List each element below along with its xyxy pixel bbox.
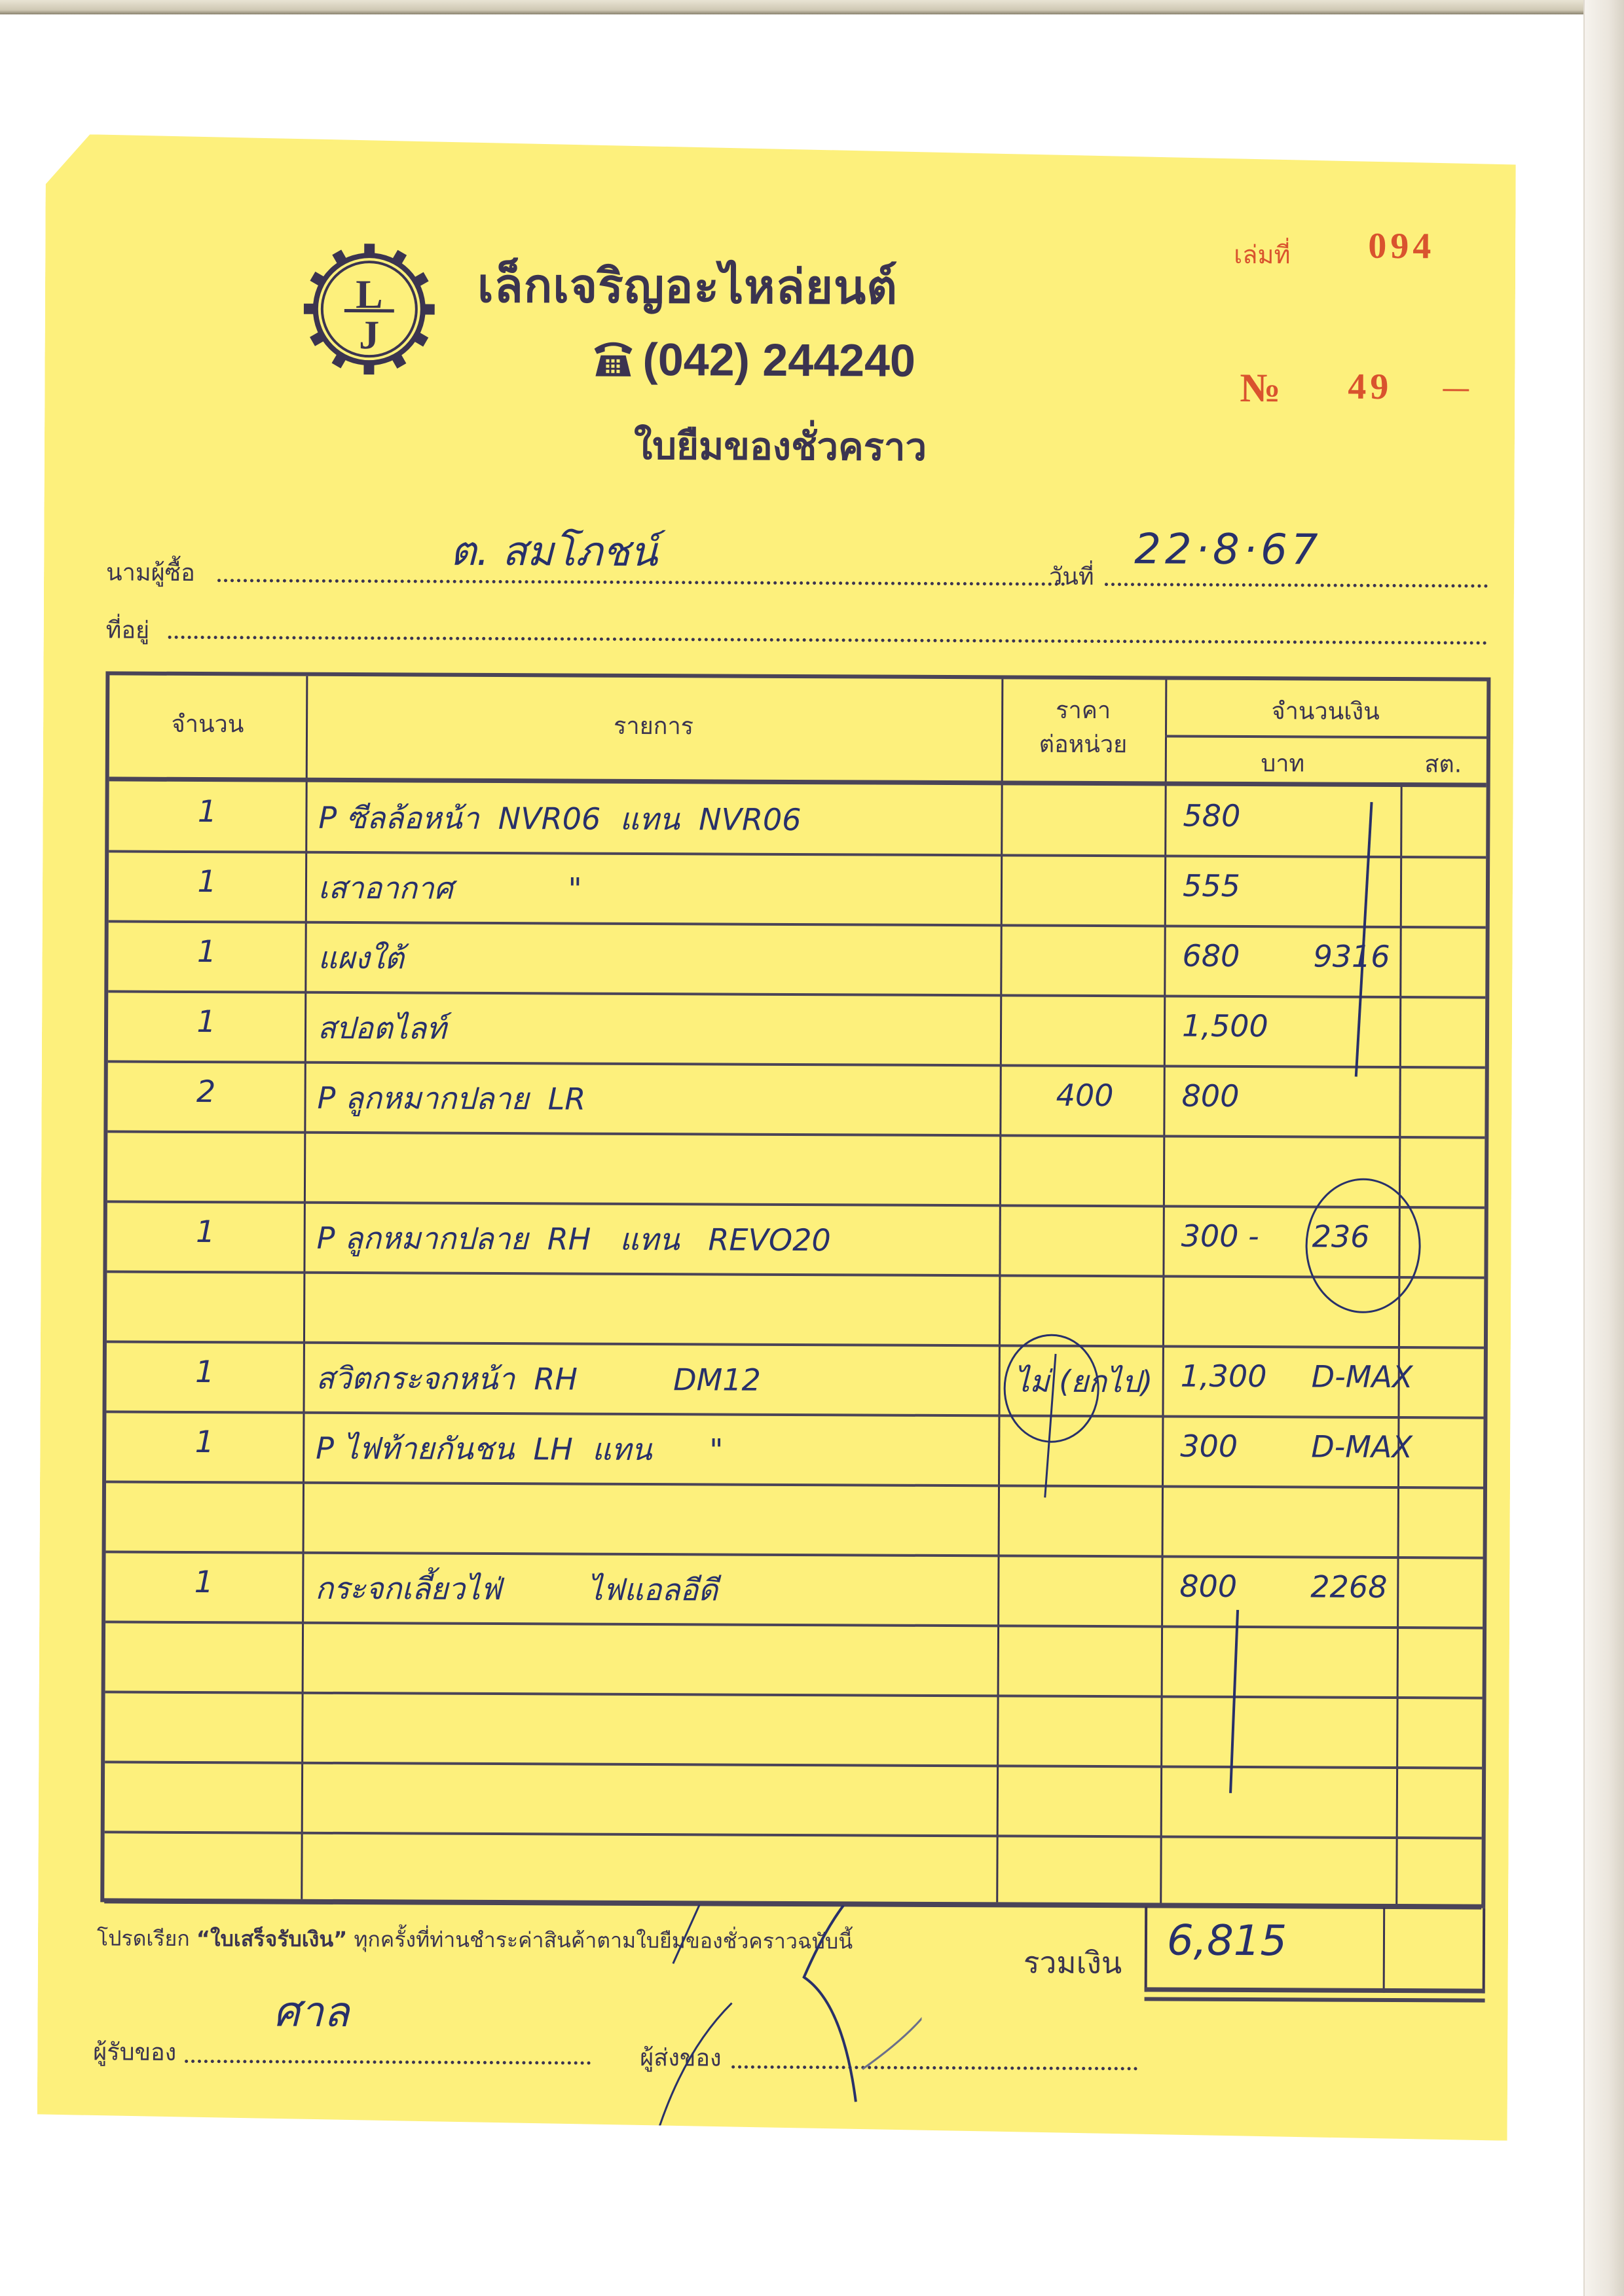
total-underline (1145, 1987, 1485, 1993)
row-qty: 1 (121, 1004, 291, 1040)
row-baht: 580 (1183, 798, 1314, 834)
header-amount: จำนวนเงิน (1165, 691, 1486, 730)
date-value: 22·8·67 (1134, 525, 1322, 574)
row-unit-price (1004, 1567, 1161, 1568)
date-label: วันที่ (1049, 558, 1094, 595)
row-unit-price (1004, 1637, 1161, 1638)
buyer-value: ต. สมโภชน์ (450, 519, 657, 584)
row-qty: 1 (121, 934, 291, 970)
row-divider (105, 1760, 1482, 1769)
row-baht (1180, 1499, 1311, 1499)
row-baht (1179, 1639, 1310, 1639)
row-item: เสาอากาศ " (318, 864, 999, 915)
telephone-icon (591, 337, 635, 378)
row-baht: 800 (1179, 1569, 1310, 1605)
row-qty (118, 1844, 288, 1845)
row-qty: 2 (121, 1074, 291, 1110)
total-label: รวมเงิน (1024, 1939, 1122, 1988)
shop-name: เล็กเจริญอะไหล่ยนต์ (477, 247, 898, 325)
receiver-line[interactable] (185, 2060, 591, 2065)
svg-text:J: J (359, 313, 379, 357)
row-unit-price (1004, 1707, 1161, 1708)
row-unit-price (1003, 1777, 1160, 1778)
header-unit-price: ราคา ต่อหน่วย (1001, 693, 1165, 762)
row-qty (118, 1774, 288, 1775)
row-note: D-MAX (1312, 1358, 1488, 1394)
row-divider (108, 990, 1485, 998)
receipt-page: L J เล็กเจริญอะไหล่ยนต์ (042) 244240 ใบย… (37, 134, 1516, 2141)
receiver-label: ผู้รับของ (93, 2033, 176, 2071)
row-item (314, 1775, 995, 1778)
address-label: ที่อยู่ (106, 611, 150, 648)
row-divider (109, 920, 1486, 928)
number-sign: № (1240, 365, 1281, 412)
row-unit-price (1007, 867, 1164, 867)
row-baht: 1,300 (1181, 1358, 1312, 1394)
book-number: 094 (1368, 225, 1435, 267)
row-qty: 1 (120, 1354, 290, 1390)
row-unit-price (1005, 1497, 1162, 1498)
shop-phone: (042) 244240 (591, 333, 915, 387)
scanner-edge-top (0, 0, 1624, 14)
note-bold: “ใบเสร็จรับเงิน” (196, 1926, 348, 1952)
row-qty: 1 (119, 1564, 289, 1600)
receiver-value: ศาล (273, 1978, 349, 2046)
document-title: ใบยืมของชั่วคราว (634, 415, 927, 477)
row-baht (1179, 1709, 1310, 1709)
row-qty: 1 (122, 793, 292, 829)
row-qty (119, 1634, 289, 1635)
row-unit-price (1007, 937, 1164, 938)
items-table: จำนวน รายการ ราคา ต่อหน่วย จำนวนเงิน บาท… (100, 671, 1490, 1908)
header-qty: จำนวน (109, 704, 306, 742)
row-divider (106, 1480, 1483, 1489)
header-satang: สต. (1401, 745, 1486, 783)
red-mark (1443, 389, 1469, 391)
col-divider (1383, 1908, 1386, 1993)
row-divider (107, 1200, 1485, 1209)
row-baht: 800 (1181, 1078, 1312, 1114)
row-item (316, 1285, 997, 1288)
row-item (315, 1635, 996, 1638)
row-divider (107, 1340, 1484, 1349)
row-unit-price: 400 (1006, 1077, 1163, 1113)
row-baht (1179, 1849, 1310, 1850)
row-unit-price (1008, 797, 1165, 797)
col-divider (996, 679, 1003, 1902)
row-unit-price (1003, 1848, 1160, 1848)
header-baht: บาท (1165, 744, 1401, 782)
col-divider (1160, 680, 1167, 1903)
document-number: 49 (1348, 366, 1392, 408)
row-item: P ลูกหมากปลาย LR (317, 1074, 998, 1125)
row-divider (106, 1410, 1483, 1419)
row-note: 2268 (1310, 1569, 1487, 1605)
row-baht: 680 (1182, 938, 1313, 974)
circled-note (1305, 1178, 1421, 1313)
row-item: P ซีลล้อหน้า NVR06 แทน NVR06 (318, 794, 999, 845)
total-value: 6,815 (1167, 1916, 1287, 1965)
row-item: สปอตไลท์ (318, 1004, 999, 1055)
signature-scribble (646, 1904, 923, 2141)
row-divider (1165, 735, 1486, 738)
row-unit-price (1006, 1217, 1163, 1218)
row-baht: 300 (1180, 1429, 1311, 1465)
total-underline (1145, 1997, 1485, 2002)
row-baht (1181, 1288, 1312, 1289)
row-item: แผงใต้ (318, 934, 999, 985)
row-qty (120, 1284, 290, 1285)
row-divider (108, 1060, 1485, 1068)
row-qty (120, 1144, 291, 1144)
gear-logo-icon: L J (303, 244, 435, 375)
row-note: D-MAX (1311, 1429, 1488, 1465)
row-qty: 1 (122, 864, 292, 900)
row-item: P ลูกหมากปลาย RH แทน REVO20 (316, 1214, 997, 1266)
phone-number: (042) 244240 (642, 334, 915, 386)
row-divider (107, 1130, 1485, 1139)
row-baht: 300 - (1181, 1218, 1312, 1254)
buyer-label: นามผู้ซื้อ (106, 553, 195, 591)
row-qty: 1 (120, 1214, 291, 1250)
book-label: เล่มที่ (1234, 234, 1291, 274)
note-prefix: โปรดเรียก (97, 1925, 196, 1951)
row-divider (106, 1550, 1483, 1559)
row-divider (105, 1690, 1483, 1699)
row-item (316, 1495, 997, 1498)
row-unit-price (1005, 1287, 1162, 1288)
row-divider (105, 1831, 1482, 1839)
row-baht (1181, 1148, 1312, 1149)
row-qty: 1 (119, 1424, 289, 1460)
row-baht: 1,500 (1182, 1008, 1313, 1044)
row-qty (119, 1704, 289, 1705)
row-item: P ไฟท้ายกันชน LH แทน " (316, 1425, 997, 1476)
row-divider (105, 1620, 1483, 1629)
row-baht: 555 (1183, 868, 1314, 904)
row-unit-price (1006, 1147, 1163, 1148)
header-item: รายการ (306, 706, 1001, 746)
row-item (314, 1845, 995, 1848)
row-baht (1179, 1779, 1310, 1779)
row-divider (109, 850, 1486, 858)
row-item: กระจกเลี้ยวไฟ่ ไฟแอลอีดี (315, 1565, 996, 1616)
row-unit-price (1006, 1007, 1164, 1008)
row-qty (119, 1494, 289, 1495)
total-box: 6,815 (1145, 1906, 1486, 1993)
col-divider (301, 676, 308, 1899)
row-divider (107, 1270, 1484, 1279)
date-line[interactable] (1105, 583, 1488, 588)
row-item (317, 1144, 998, 1148)
row-item: สวิตกระจกหน้า RH DM12 (316, 1355, 997, 1406)
row-item (315, 1705, 996, 1708)
address-line[interactable] (168, 636, 1488, 645)
scanner-edge-right (1583, 0, 1624, 2296)
row-note: 9316 (1313, 938, 1490, 974)
